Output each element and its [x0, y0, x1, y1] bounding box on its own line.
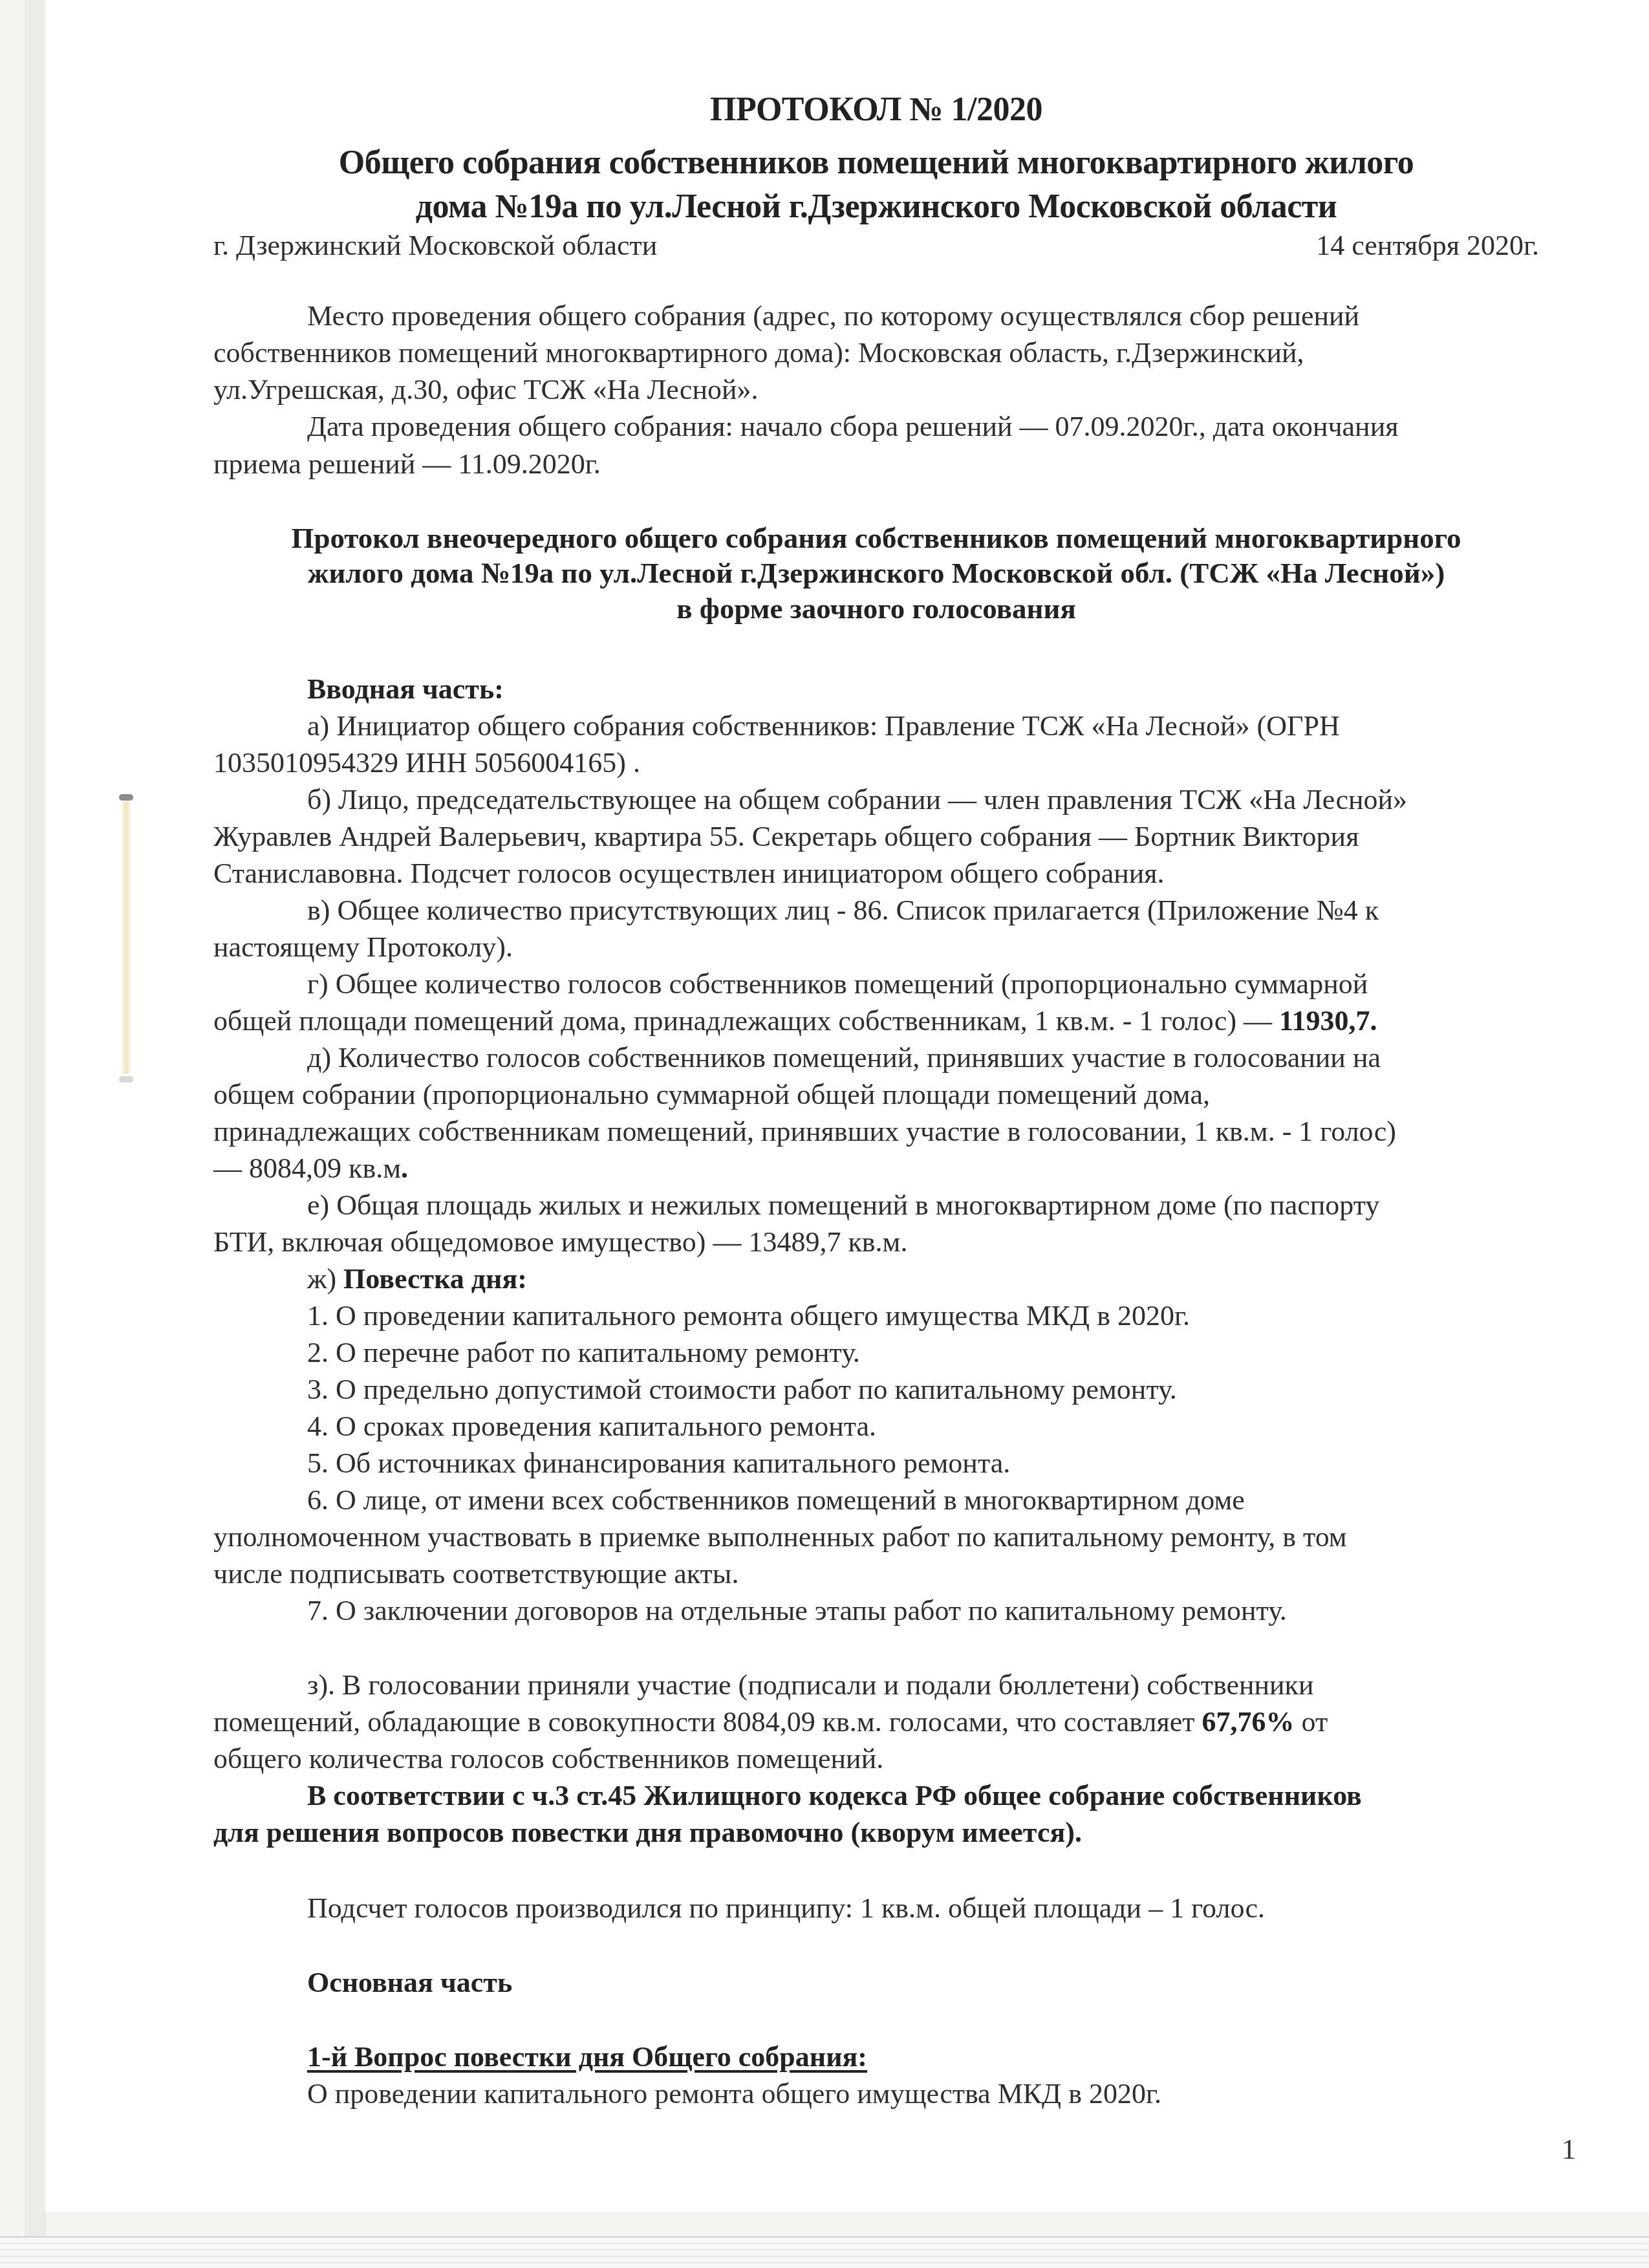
- quorum-line2: помещений, обладающие в совокупности 808…: [213, 1705, 1328, 1738]
- intro-d-line3: принадлежащих собственникам помещений, п…: [213, 1115, 1396, 1148]
- quorum-text-end: от: [1294, 1706, 1328, 1738]
- dates-line1: Дата проведения общего собрания: начало …: [307, 410, 1398, 443]
- agenda-item-2: 2. О перечне работ по капитальному ремон…: [307, 1336, 860, 1369]
- protocol-heading-line3: в форме заочного голосования: [213, 592, 1539, 625]
- agenda-item-4: 4. О сроках проведения капитального ремо…: [307, 1410, 876, 1443]
- document-place: г. Дзержинский Московской области: [213, 230, 657, 261]
- intro-b-line3: Станиславовна. Подсчет голосов осуществл…: [213, 857, 1165, 890]
- question1-heading: 1-й Вопрос повестки дня Общего собрания:: [307, 2040, 867, 2073]
- agenda-item-6-cont1: уполномоченном участвовать в приемке вып…: [213, 1520, 1347, 1553]
- intro-a-line2: 1035010954329 ИНН 5056004165) .: [213, 746, 640, 779]
- venue-line1: Место проведения общего собрания (адрес,…: [307, 299, 1359, 332]
- question1-text: О проведении капитального ремонта общего…: [307, 2077, 1161, 2110]
- intro-b-line1: б) Лицо, председательствующее на общем с…: [307, 783, 1407, 816]
- document-subtitle-line2: дома №19а по ул.Лесной г.Дзержинского Мо…: [213, 188, 1539, 226]
- intro-heading: Вводная часть:: [307, 673, 504, 706]
- question1-heading-text: 1-й Вопрос повестки дня Общего собрания:: [307, 2041, 867, 2073]
- venue-line2: собственников помещений многоквартирного…: [213, 336, 1304, 369]
- agenda-heading: Повестка дня:: [343, 1263, 527, 1295]
- intro-b-line2: Журавлев Андрей Валерьевич, квартира 55.…: [213, 820, 1359, 853]
- venue-line3: ул.Угрешская, д.30, офис ТСЖ «На Лесной»…: [213, 373, 759, 406]
- intro-v-line2: настоящему Протоколу).: [213, 931, 513, 964]
- intro-g-line1: г) Общее количество голосов собственнико…: [307, 967, 1368, 1000]
- intro-e-line2: БТИ, включая общедомовое имущество) — 13…: [213, 1226, 907, 1258]
- place-date-row: г. Дзержинский Московской области: [213, 229, 657, 262]
- document-title: ПРОТОКОЛ № 1/2020: [213, 91, 1539, 129]
- page-number: 1: [1562, 2133, 1576, 2166]
- dates-line2: приема решений — 11.09.2020г.: [213, 448, 601, 481]
- protocol-heading-line2: жилого дома №19а по ул.Лесной г.Дзержинс…: [213, 556, 1539, 590]
- total-votes-value: 11930,7.: [1279, 1005, 1377, 1037]
- participating-votes-value: — 8084,09 кв.м: [213, 1152, 401, 1184]
- document-subtitle-line1: Общего собрания собственников помещений …: [213, 144, 1539, 182]
- stacked-page-edges: [0, 2236, 1649, 2268]
- legal-basis-line2: для решения вопросов повестки дня правом…: [213, 1816, 1082, 1849]
- agenda-item-3: 3. О предельно допустимой стоимости рабо…: [307, 1373, 1177, 1406]
- agenda-item-6-cont2: числе подписывать соответствующие акты.: [213, 1557, 738, 1590]
- intro-d-line1: д) Количество голосов собственников поме…: [307, 1041, 1381, 1074]
- scanner-edge: [25, 0, 46, 2268]
- intro-zh-line: ж) Повестка дня:: [307, 1262, 527, 1295]
- quorum-line3: общего количества голосов собственников …: [213, 1742, 883, 1775]
- legal-basis-line1: В соответствии с ч.3 ст.45 Жилищного код…: [307, 1779, 1362, 1812]
- intro-e-line1: е) Общая площадь жилых и нежилых помещен…: [307, 1189, 1379, 1222]
- vote-counting-principle: Подсчет голосов производился по принципу…: [307, 1892, 1265, 1925]
- quorum-line1: з). В голосовании приняли участие (подпи…: [307, 1669, 1314, 1701]
- document-date: 14 сентября 2020г.: [1316, 229, 1539, 262]
- quorum-text: помещений, обладающие в совокупности 808…: [213, 1706, 1202, 1738]
- agenda-item-6: 6. О лице, от имени всех собственников п…: [307, 1484, 1245, 1517]
- protocol-heading-line1: Протокол внеочередного общего собрания с…: [213, 521, 1539, 555]
- main-part-heading: Основная часть: [307, 1966, 512, 1999]
- agenda-item-7: 7. О заключении договоров на отдельные э…: [307, 1594, 1287, 1627]
- item-prefix: ж): [307, 1263, 343, 1295]
- intro-d-line2: общем собрании (пропорционально суммарно…: [213, 1078, 1210, 1111]
- intro-g-line2: общей площади помещений дома, принадлежа…: [213, 1004, 1377, 1037]
- intro-a-line1: а) Инициатор общего собрания собственник…: [307, 709, 1340, 742]
- period: .: [401, 1152, 408, 1184]
- intro-v-line1: в) Общее количество присутствующих лиц -…: [307, 894, 1379, 927]
- agenda-item-1: 1. О проведении капитального ремонта общ…: [307, 1299, 1190, 1332]
- intro-d-line4: — 8084,09 кв.м.: [213, 1152, 408, 1185]
- binding-thread: [120, 802, 132, 1074]
- intro-g-text: общей площади помещений дома, принадлежа…: [213, 1005, 1279, 1037]
- quorum-percent: 67,76%: [1202, 1706, 1294, 1738]
- agenda-item-5: 5. Об источниках финансирования капиталь…: [307, 1447, 1010, 1480]
